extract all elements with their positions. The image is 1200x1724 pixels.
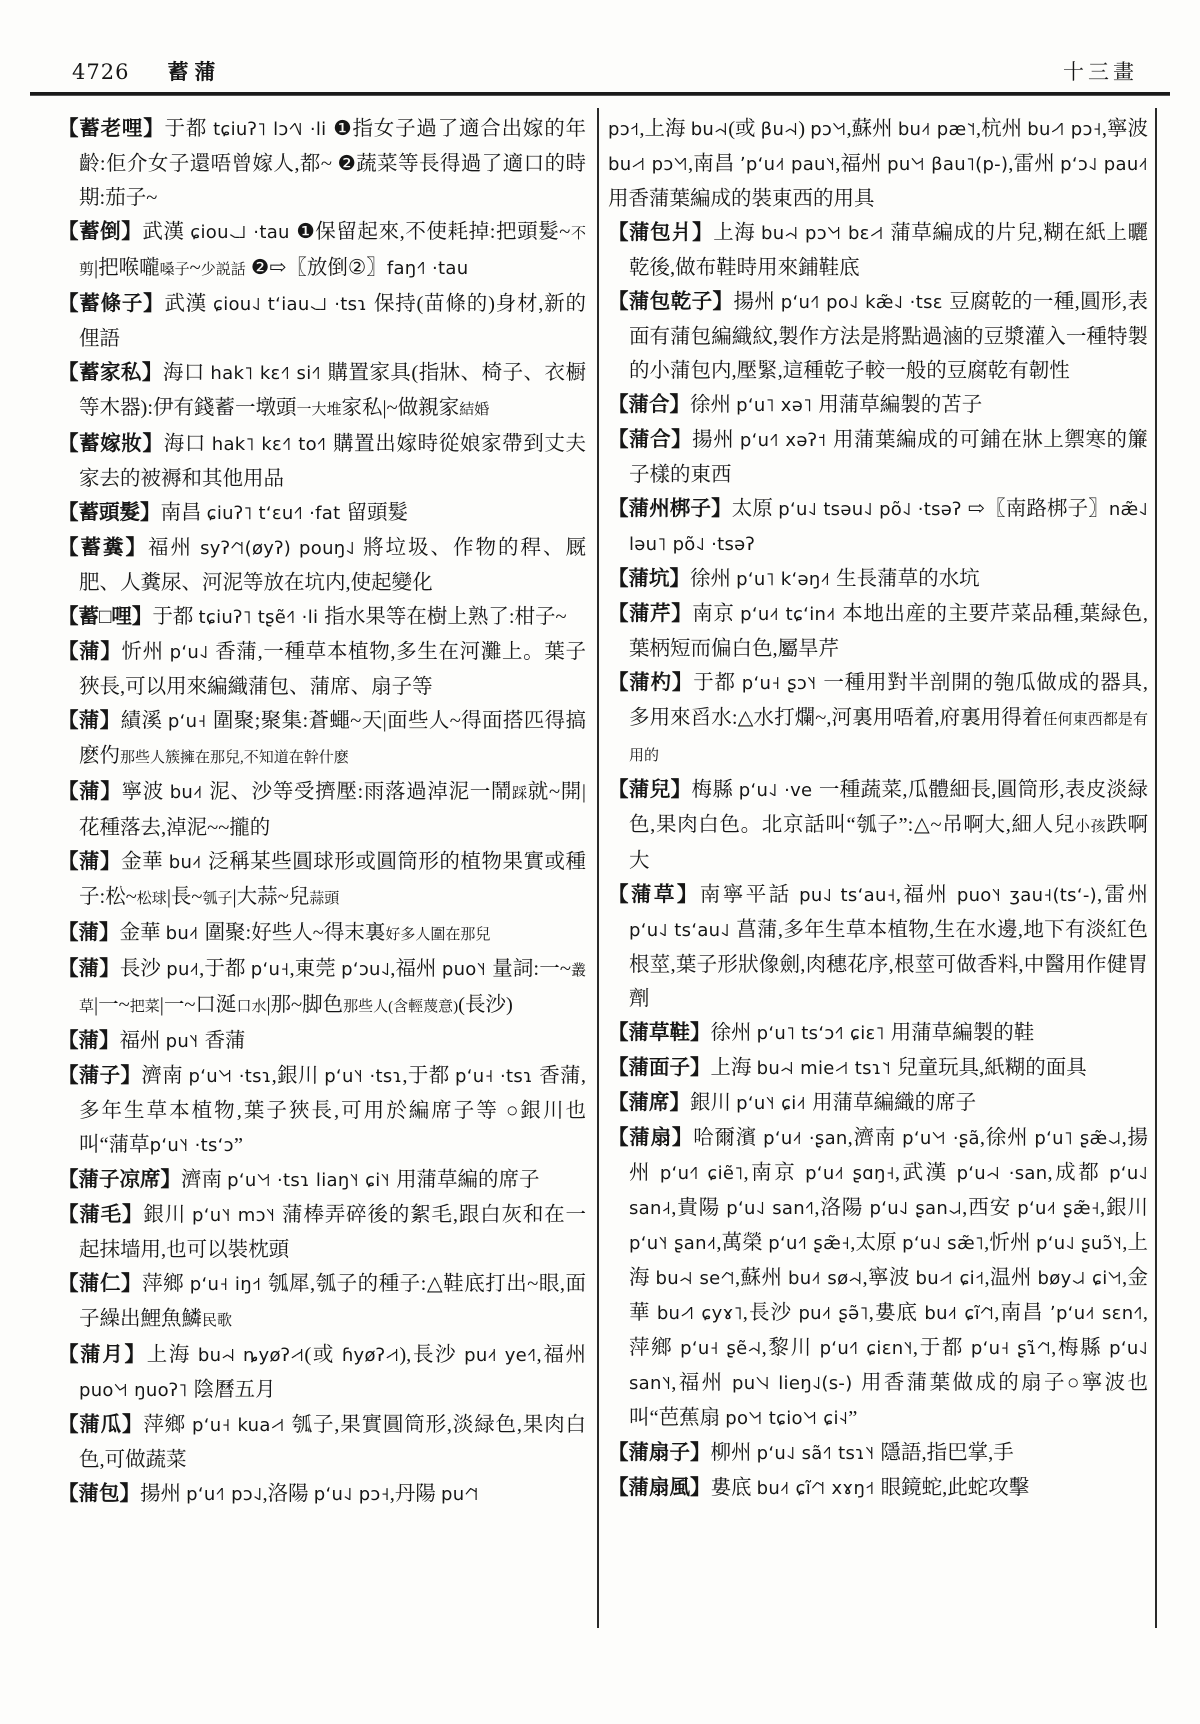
cn-run: 柳州 [711,1442,757,1464]
cn-run: 留頭髮 [347,502,409,524]
ipa-run: bu˨˧˨ mie˨˧˦ tsɿ˥˦ [757,1058,897,1079]
ipa-run: ɕiou˨˩˩ ·tau [190,222,296,243]
entry-headword: 【蒲草】 [608,884,700,906]
dict-entry: 【蒲包乾子】揚州 pʻu˧˥ po˨˩ kæ̃˨˩ ·tsɛ 豆腐乾的一種,圓形… [608,285,1148,388]
ipa-run: pʻu˨˩ ʂan˨˩˨ [869,1198,962,1219]
small-gloss-run: 一大堆 [297,402,342,418]
cn-run: 于都 [693,672,742,694]
cn-run: ,梅縣 [1051,1337,1109,1359]
entry-headword: 【蓄糞】 [58,537,148,559]
dict-entry: 【蒲扇子】柳州 pʻu˨˩ sã˧˥ tsɿ˥˧ 隱語,指巴掌,手 [608,1436,1148,1471]
dict-entry: 【蒲草鞋】徐州 pʻu˥ tsʻɔ˧˥ ɕiɛ˥ 用蒲草編製的鞋 [608,1016,1148,1051]
cn-run: (或 [304,1344,341,1366]
entry-headword: 【蒲芹】 [608,603,692,625]
ipa-run: ɦyøʔ˨˧˦ [342,1345,400,1366]
dictionary-page: 4726 蓄蒲 十三畫 【蓄老哩】于都 tɕiuʔ˥ lɔ˧˥˩ ·li ❶指女… [0,0,1200,1724]
ipa-run: pʻu˨˦ tɕʻin˨˦ [740,604,842,625]
ipa-run: bu˨˧˥ pɔ˧ [1027,119,1102,140]
cn-run: 太原 [732,498,779,520]
ipa-run: pʻu˨˩ tsəu˨˩ põ˨˩ ·tsəʔ [778,499,968,520]
entry-headword: 【蒲】 [58,1030,120,1052]
cn-run: ,長沙 [743,1302,799,1324]
ipa-run: pʻɔu˨˩ [341,959,390,980]
cn-run: 南京 [692,603,740,625]
cn-run: ,西安 [962,1197,1017,1219]
cn-run: 用蒲草編的席子 [396,1169,540,1191]
cn-run: ,温州 [984,1267,1037,1289]
ipa-run: pʻu˨˩ [170,642,216,663]
cn-run: 忻州 [122,641,170,663]
cn-run: ,忻州 [984,1232,1036,1254]
ipa-run: pɔ˧˦ [608,119,639,140]
page-number: 4726 [72,60,129,84]
dict-entry: 【蒲州梆子】太原 pʻu˨˩ tsəu˨˩ põ˨˩ ·tsəʔ ⇨〖南路梆子〗… [608,492,1148,562]
cn-run: 寧波 [122,781,170,803]
ipa-run: bøy˨˩˨ ɕi˥˧˦ [1038,1268,1122,1289]
ipa-run: pʻu˧˥ ɕiɛn˥˧ [820,1338,913,1359]
cn-run: 上海 [711,1057,757,1079]
cn-run: 海口 [164,433,212,455]
ipa-run: pu˥˧˦ βau˥(p-) [887,154,1008,175]
ipa-run: ʼpʻu˨˦ sɛn˧˥ [1050,1303,1143,1324]
ipa-run: pʻu˨˩ tsʻau˨˩ [629,920,736,941]
entry-headword: 【蒲扇風】 [608,1477,711,1499]
cn-run: 長沙 [120,958,166,980]
cn-run: ,銀川 [1100,1197,1148,1219]
column-divider-rule [597,108,599,1628]
dict-entry: 【蒲子凉席】濟南 pʻu˥˧˦ ·tsɿ liaŋ˥˧ ɕi˥˧ 用蒲草編的席子 [58,1163,586,1198]
small-gloss-run: 結婚 [459,402,489,418]
ipa-run: po˥˧˦ tɕio˥˧˦ ɕi˧˨ [725,1408,848,1429]
entry-headword: 【蓄老哩】 [58,118,165,140]
ipa-run: pʻu˥˧˦ ·tsɿ liaŋ˥˧ ɕi˥˧ [227,1170,396,1191]
ipa-run: pʻɔ˨˩ pau˨˦ [1060,154,1148,175]
dict-entry: 【蒲兒】梅縣 pʻu˨˩ ·ve 一種蔬菜,瓜體細長,圓筒形,表皮淡緑色,果肉白… [608,773,1148,878]
dict-entry: 【蒲芹】南京 pʻu˨˦ tɕʻin˨˦ 本地出産的主要芹菜品種,葉緑色,葉柄短… [608,597,1148,666]
dict-entry: 【蓄嫁妝】海口 hak˥ kɛ˧˥ to˧˥ 購置出嫁時從娘家帶到丈夫家去的被褥… [58,427,586,496]
cn-run: ,福州 [896,884,957,906]
cn-run: ~ [190,257,201,279]
small-gloss-run: 嗓子 [160,262,190,278]
entry-headword: 【蒲】 [58,710,121,732]
cn-run: ,福州 [537,1344,586,1366]
ipa-run: syʔ˧˥˦(øyʔ) pouŋ˨˩ [200,538,363,559]
ipa-run: pʻu˨˦ ʂɑŋ˧ [805,1163,895,1184]
cn-run: ,南京 [743,1162,805,1184]
cn-run: 福州 [120,1030,166,1052]
cn-run: 徐州 [690,394,736,416]
ipa-run: pʻu˨˦ ·ʂan [763,1128,848,1149]
dict-entry: 【蓄□哩】于都 tɕiuʔ˥ tʂẽ˧˥ ·li 指水果等在樹上熟了:柑子~ [58,600,586,635]
cn-run: ,濟南 [848,1127,903,1149]
dict-entry: 【蒲】寧波 bu˨˦ 泥、沙等受擠壓:雨落過淖泥一鬧踩就~開|花種落去,淖泥~~… [58,775,586,845]
dict-entry: 【蒲包爿】上海 bu˨˧˨ pɔ˥˧˦ bɛ˨˧˦ 蒲草編成的片兒,糊在紙上曬乾… [608,216,1148,285]
ipa-run: pʻu˧˥ ɕiẽ˥ [660,1163,744,1184]
ipa-run: pʻu˥˧ mɔ˥˧ [192,1205,282,1226]
cn-run: 用蒲草編織的席子 [812,1092,976,1114]
entry-headword: 【蒲包】 [58,1483,140,1505]
cn-run: 哈爾濱 [693,1127,763,1149]
cn-run: ,洛陽 [262,1483,313,1505]
cn-run: 績溪 [121,710,168,732]
cn-run: 濟南 [141,1065,188,1087]
ipa-run: pʻu˥˧ ʂan˨˦ [629,1233,716,1254]
cn-run: 武漢 [164,293,213,315]
cn-run: |長~ [167,886,203,908]
small-gloss-run: 小孩 [1075,819,1106,835]
cn-run: |把喉嚨 [94,257,160,279]
ipa-run: pʻu˧˥ ʂæ̃˧ [768,1233,850,1254]
cn-run: ,上海 [639,118,690,140]
ipa-run: pʻu˧ [251,959,290,980]
dict-entry: 【蒲草】南寧平話 pu˨˩ tsʻau˧,福州 puo˥˧ ʒau˧(tsʻ-)… [608,878,1148,1016]
ipa-run: bu˨˦ [169,852,208,873]
ipa-run: pu˧˥˦ [441,1484,479,1505]
ipa-run: puo˥˧ ʒau˧(tsʻ-) [957,885,1097,906]
cn-run: 家私|~做親家 [342,397,460,419]
cn-run: 金華 [120,922,166,944]
cn-run: 銀川 [143,1204,192,1226]
ipa-run: pʻu˧˥ po˨˩ kæ̃˨˩ ·tsɛ [781,292,949,313]
ipa-run: pʻu˨˩ ·ve [739,780,819,801]
entry-headword: 【蒲】 [58,851,121,873]
ipa-run: pʻu˥ tsʻɔ˧˥ ɕiɛ˥ [757,1023,891,1044]
ipa-run: pʻu˥ ʂæ̃˨˩˨ [1034,1128,1121,1149]
cn-run: ,銀川 [272,1065,325,1087]
small-gloss-run: 好多人圍在那兒 [385,927,490,943]
ipa-run: pu˨˦ [166,959,199,980]
entry-headword: 【蓄□哩】 [58,606,152,628]
ipa-run: pʻu˧ ·tsɿ [455,1066,539,1087]
ipa-run: bu˨˧˦ pɔ˥˧˥ [608,154,688,175]
ipa-run: pʻu˥˧ ɕi˨˦ [736,1093,812,1114]
cn-run: ❶保留起來,不使耗掉:把頭髮~ [296,221,570,243]
cn-run: ,蘇州 [735,1267,788,1289]
cn-run: 武漢 [142,221,190,243]
cn-run: 香蒲 [205,1030,246,1052]
cn-run: ,南昌 [994,1302,1050,1324]
dict-entry: 【蓄頭髮】南昌 ɕiuʔ˥ tʻɛu˧˥ ·fat 留頭髮 [58,496,586,531]
dict-entry: 【蓄家私】海口 hak˥ kɛ˧˥ si˧˥ 購置家具(指牀、椅子、衣橱等木器)… [58,356,586,427]
entry-headword: 【蒲扇子】 [608,1442,711,1464]
ipa-run: pʻu˨˧˨ ·san [957,1163,1048,1184]
ipa-run: pʻu˥ xə˥ [736,395,818,416]
dict-entry: 【蒲】忻州 pʻu˨˩ 香蒲,一種草本植物,多生在河灘上。葉子狹長,可以用來編織… [58,635,586,704]
small-gloss-run: 踩 [512,786,528,802]
guide-words: 蓄蒲 [167,56,221,86]
ipa-run: tɕiuʔ˥ lɔ˧˥˩ ·li [213,119,333,140]
dict-entry: 【蒲】績溪 pʻu˧ 圍聚;聚集:蒼蠅~天|面些人~得面搭匹得搞麽仢那些人簇擁在… [58,704,586,775]
small-gloss-run: 少説話 [201,262,246,278]
entry-headword: 【蒲瓜】 [58,1414,143,1436]
cn-run: ,福州 [671,1372,732,1394]
ipa-run: pʻu˧˥ xəʔ˦ [740,430,833,451]
cn-run: 指水果等在樹上熟了:柑子~ [324,606,566,628]
dict-entry: 【蒲仁】萍鄉 pʻu˧ iŋ˧˦ 瓠犀,瓠子的種子:△鞋底打出~眼,面子繰出鯉魚… [58,1267,586,1338]
dict-entry: 【蓄條子】武漢 ɕiou˨˩ tʻiau˨˩˩ ·tsɿ 保持(苗條的)身材,新… [58,287,586,356]
cn-run: ),長沙 [399,1344,464,1366]
cn-run: ,寧波 [862,1267,915,1289]
dict-entry: 【蒲面子】上海 bu˨˧˨ mie˨˧˦ tsɿ˥˦ 兒童玩具,紙糊的面具 [608,1051,1148,1086]
cn-run: 揚州 [733,291,780,313]
entry-headword: 【蒲扇】 [608,1127,693,1149]
ipa-run: pɔ˥˧˦ [810,119,846,140]
cn-run: ” [848,1407,857,1429]
ipa-run: bu˨˧˨ ȵyøʔ˨˧˦ [198,1345,304,1366]
ipa-run: bu˨˧˨ [691,119,729,140]
cn-run: 用香蒲葉編成的裝東西的用具 [608,188,875,210]
ipa-run: pu˥˧ [166,1031,205,1052]
ipa-run: hak˥ kɛ˧˥ to˧˥ [212,434,333,455]
ipa-run: pu˨˦ ʂə̃˥ [798,1303,868,1324]
ipa-run: bu˨˦ ɕĩ˧˥˦ xɤŋ˧˦ [757,1478,881,1499]
ipa-run: pʻu˧˥ pɔ˨˩ [186,1484,262,1505]
small-gloss-run: 瓠子 [203,891,233,907]
small-gloss-run: 那些人(含輕蔑意) [343,999,458,1015]
ipa-run: pʻu˥ kʻəŋ˨˦ [736,569,836,590]
dict-entry: 【蓄倒】武漢 ɕiou˨˩˩ ·tau ❶保留起來,不使耗掉:把頭髮~不剪|把喉… [58,215,586,287]
small-gloss-run: 把菜 [130,999,160,1015]
cn-run: ,徐州 [980,1127,1035,1149]
cn-run: ” [234,1134,243,1156]
cn-run: (或 [728,118,760,140]
cn-run: 生長蒲草的水坑 [836,568,980,590]
entry-headword: 【蒲杓】 [608,672,693,694]
dict-entry: 【蒲扇】哈爾濱 pʻu˨˦ ·ʂan,濟南 pʻu˥˧˦ ·ʂã,徐州 pʻu˥… [608,1121,1148,1436]
cn-run: 隱語,指巴掌,手 [880,1442,1013,1464]
cn-run: 陰曆五月 [194,1379,276,1401]
dict-entry: 【蓄糞】福州 syʔ˧˥˦(øyʔ) pouŋ˨˩ 將垃圾、作物的稈、厩肥、人糞… [58,531,586,600]
entry-headword: 【蒲】 [58,958,120,980]
ipa-run: ɕiou˨˩ tʻiau˨˩˩ ·tsɿ [213,294,374,315]
entry-headword: 【蒲坑】 [608,568,690,590]
page-header: 4726 蓄蒲 十三畫 [72,56,1138,86]
ipa-run: pʻu˨˩ pɔ˧ [314,1484,390,1505]
small-gloss-run: 蒜頭 [309,891,339,907]
cn-run: ,太原 [850,1232,902,1254]
cn-run: ⇨〖南路梆子〗 [968,498,1109,520]
cn-run: ,于都 [913,1337,971,1359]
entry-headword: 【蒲合】 [608,394,690,416]
cn-run: ,丹陽 [390,1483,441,1505]
dict-entry: 【蒲合】徐州 pʻu˥ xə˥ 用蒲草編製的苫子 [608,388,1148,423]
dict-entry: 【蒲瓜】萍鄉 pʻu˧ kua˨˧˦ 瓠子,果實圓筒形,淡緑色,果肉白色,可做蔬… [58,1408,586,1477]
ipa-run: pu˥˧˨ lieŋ˨˩(s-) [732,1373,861,1394]
dict-entry: 【蒲包】揚州 pʻu˧˥ pɔ˨˩,洛陽 pʻu˨˩ pɔ˧,丹陽 pu˧˥˦ [58,1477,586,1512]
ipa-run: pʻu˧ kua˨˧˦ [192,1415,292,1436]
entry-headword: 【蒲草鞋】 [608,1022,711,1044]
entry-headword: 【蒲合】 [608,429,692,451]
cn-run: ,南昌 [688,153,740,175]
cn-run: ,雷州 [1008,153,1060,175]
entry-headword: 【蒲席】 [608,1092,690,1114]
entry-headword: 【蒲】 [58,922,120,944]
cn-run: |一~ [94,994,130,1016]
cn-run: ,東莞 [289,958,341,980]
cn-run: ,黎川 [762,1337,820,1359]
cn-run: 于都 [152,606,198,628]
cn-run: 萍鄉 [142,1273,190,1295]
small-gloss-run: 松球 [137,891,167,907]
cn-run: 海口 [163,362,211,384]
entry-headword: 【蒲】 [58,781,122,803]
cn-run: 福州 [148,537,200,559]
dict-entry: pɔ˧˦,上海 bu˨˧˨(或 βu˨˧˨) pɔ˥˧˦,蘇州 bu˨˦ pæ˥… [608,112,1148,216]
ipa-run: pʻu˧ ʂɿ̃˧˥˦ [971,1338,1051,1359]
ipa-run: pʻu˧ ʂẽ˨˧˨ [680,1338,761,1359]
cn-run: ,貴陽 [671,1197,726,1219]
ipa-run: bu˨˦ ɕĩ˧˥˦ [924,1303,994,1324]
column-gutter [586,112,608,1684]
small-gloss-run: 口水 [236,999,266,1015]
entry-headword: 【蒲州梆子】 [608,498,732,520]
dict-entry: 【蒲子】濟南 pʻu˥˧˦ ·tsɿ,銀川 pʻu˥˧ ·tsɿ,于都 pʻu˧… [58,1059,586,1163]
dict-entry: 【蒲】金華 bu˨˦ 圍聚:好些人~得末裏好多人圍在那兒 [58,916,586,952]
cn-run: 揚州 [140,1483,186,1505]
cn-run: 梅縣 [692,779,739,801]
cn-run: 金華 [121,851,169,873]
ipa-run: pʻu˨˩ san˧˥ [726,1198,814,1219]
entry-headword: 【蓄頭髮】 [58,502,161,524]
cn-run: 徐州 [711,1022,757,1044]
ipa-run: tɕiuʔ˥ tʂẽ˧˥ ·li [199,607,325,628]
ipa-run: pʻu˧ ʂɔ˥˧ [742,673,824,694]
cn-run: ,蘇州 [847,118,898,140]
cn-run: ,杭州 [976,118,1027,140]
cn-run: ❷⇨〖放倒②〗 [246,257,387,279]
small-gloss-run: 民歌 [202,1313,232,1329]
dict-entry: 【蒲】長沙 pu˨˦,于都 pʻu˧,東莞 pʻɔu˨˩,福州 puo˥˧ 量詞… [58,952,586,1024]
cn-run: ,于都 [402,1065,455,1087]
dict-entry: 【蒲】福州 pu˥˧ 香蒲 [58,1024,586,1059]
cn-run: ,雷州 [1097,884,1148,906]
cn-run: ,福州 [835,153,887,175]
cn-run: 上海 [713,222,761,244]
ipa-run: pʻu˧ [168,711,213,732]
entry-headword: 【蒲月】 [58,1344,147,1366]
cn-run: 銀川 [690,1092,736,1114]
dict-entry: 【蒲】金華 bu˨˦ 泛稱某些圓球形或圓筒形的植物果實或種子:松~松球|長~瓠子… [58,845,586,916]
cn-run: |大蒜~兒 [233,886,310,908]
cn-run: 上海 [147,1344,198,1366]
cn-run: 南寧平話 [700,884,799,906]
cn-run: ,福州 [390,958,442,980]
cn-run: 兒童玩具,紙糊的面具 [897,1057,1087,1079]
cn-run: ,萬榮 [716,1232,768,1254]
ipa-run: pʻu˥˧ ·tsʻɔ [150,1135,234,1156]
dict-entry: 【蒲毛】銀川 pʻu˥˧ mɔ˥˧ 蒲棒弄碎後的絮毛,跟白灰和在一起抹墙用,也可… [58,1198,586,1267]
cn-run: 用蒲草編製的苫子 [818,394,982,416]
entry-headword: 【蓄嫁妝】 [58,433,164,455]
cn-run: 萍鄉 [143,1414,192,1436]
cn-run: 用蒲草編製的鞋 [891,1022,1035,1044]
cn-run: 徐州 [690,568,736,590]
cn-run: 量詞:一~ [492,958,571,980]
entry-headword: 【蒲包乾子】 [608,291,733,313]
ipa-run: pʻu˥˧ ·tsɿ [324,1066,402,1087]
entry-headword: 【蓄倒】 [58,221,142,243]
cn-run: ,成都 [1047,1162,1109,1184]
ipa-run: hak˥ kɛ˧˥ si˧˥ [210,363,327,384]
ipa-run: bu˨˦ pæ˥˦ [898,119,976,140]
cn-run: |那~脚色 [266,994,343,1016]
stroke-section-title: 十三畫 [1063,56,1138,86]
entry-headword: 【蒲兒】 [608,779,692,801]
cn-run: 于都 [165,118,214,140]
ipa-run: pʻu˨˩ ʂuɔ̃˥˧ [1036,1233,1122,1254]
cn-run: 泥、沙等受擠壓:雨落過淖泥一鬧 [209,781,512,803]
dict-entry: 【蒲合】揚州 pʻu˧˥ xəʔ˦ 用蒲葉編成的可鋪在牀上禦寒的簾子樣的東西 [608,423,1148,492]
cn-run: 揚州 [692,429,740,451]
ipa-run: bu˨˧˦ ɕi˧˦ [916,1268,985,1289]
ipa-run: pʻu˨˩ sã˧˥ tsɿ˥˧ [757,1443,881,1464]
dict-entry: 【蒲月】上海 bu˨˧˨ ȵyøʔ˨˧˦(或 ɦyøʔ˨˧˦),長沙 pu˨˦ … [58,1338,586,1408]
ipa-run: bu˨˦ [166,923,205,944]
ipa-run: pu˨˦ ye˧˥ [464,1345,536,1366]
right-column: pɔ˧˦,上海 bu˨˧˨(或 βu˨˧˨) pɔ˥˧˦,蘇州 bu˨˦ pæ˥… [608,112,1148,1684]
ipa-run: puo˥˧ [442,959,492,980]
ipa-run: bu˨˦ [170,782,210,803]
entry-headword: 【蒲】 [58,641,122,663]
ipa-run: ɕiuʔ˥ tʻɛu˧˥ ·fat [207,503,347,524]
cn-run: ,寧波 [1102,118,1148,140]
entry-headword: 【蒲子】 [58,1065,141,1087]
header-rule [30,92,1170,96]
ipa-run: pʻu˨˩ sæ̃˥ [902,1233,984,1254]
cn-run: 婁底 [711,1477,757,1499]
cn-run: 眼鏡蛇,此蛇攻擊 [881,1477,1030,1499]
dict-entry: 【蒲杓】于都 pʻu˧ ʂɔ˥˧ 一種用對半剖開的匏瓜做成的器具,多用來舀水:△… [608,666,1148,773]
ipa-run: bu˨˧˨ pɔ˥˧˦ bɛ˨˧˦ [761,223,890,244]
entry-headword: 【蒲仁】 [58,1273,142,1295]
ipa-run: pʻu˥˧˦ ·ʂã [902,1128,980,1149]
entry-headword: 【蓄條子】 [58,293,164,315]
ipa-run: bu˨˧˥ ɕyɤ˥ [657,1303,743,1324]
cn-run: 濟南 [181,1169,227,1191]
cn-run: |一~口涎 [160,994,237,1016]
ipa-run: faŋ˧˥ ·tau [387,258,469,279]
cn-run: 圍聚:好些人~得末裏 [205,922,386,944]
small-gloss-run: 那些人簇擁在那兒,不知道在幹什麽 [120,750,349,766]
dict-entry: 【蓄老哩】于都 tɕiuʔ˥ lɔ˧˥˩ ·li ❶指女子過了適合出嫁的年齡:佢… [58,112,586,215]
entry-headword: 【蒲包爿】 [608,222,713,244]
ipa-run: pʻu˥˧˦ ·tsɿ [188,1066,271,1087]
entry-headword: 【蒲面子】 [608,1057,711,1079]
entry-headword: 【蒲毛】 [58,1204,143,1226]
cn-run: ) [798,118,810,140]
ipa-run: puo˥˧˦ ŋuoʔ˥ [79,1380,194,1401]
ipa-run: pʻu˨˦ ʂæ̃˧ [1017,1198,1100,1219]
ipa-run: bu˨˦ sø˨˧˨ [788,1268,862,1289]
cn-run: (長沙) [458,994,513,1016]
cn-run: ,洛陽 [814,1197,869,1219]
dict-entry: 【蒲席】銀川 pʻu˥˧ ɕi˨˦ 用蒲草編織的席子 [608,1086,1148,1121]
ipa-run: βu˨˧˨ [761,119,799,140]
ipa-run: pu˨˩ tsʻau˧ [799,885,896,906]
dict-entry: 【蒲坑】徐州 pʻu˥ kʻəŋ˨˦ 生長蒲草的水坑 [608,562,1148,597]
ipa-run: pʻu˧ iŋ˧˦ [190,1274,268,1295]
left-column: 【蓄老哩】于都 tɕiuʔ˥ lɔ˧˥˩ ·li ❶指女子過了適合出嫁的年齡:佢… [58,112,586,1684]
cn-run: 南昌 [161,502,207,524]
cn-run: ,于都 [199,958,251,980]
entry-headword: 【蒲子凉席】 [58,1169,181,1191]
text-columns: 【蓄老哩】于都 tɕiuʔ˥ lɔ˧˥˩ ·li ❶指女子過了適合出嫁的年齡:佢… [58,112,1148,1684]
ipa-run: bu˨˧˨ se˧˥˦ [656,1268,735,1289]
dict-entry: 【蒲扇風】婁底 bu˨˦ ɕĩ˧˥˦ xɤŋ˧˦ 眼鏡蛇,此蛇攻擊 [608,1471,1148,1506]
cn-run: ,武漢 [895,1162,957,1184]
cn-run: ,婁底 [869,1302,925,1324]
entry-headword: 【蓄家私】 [58,362,163,384]
